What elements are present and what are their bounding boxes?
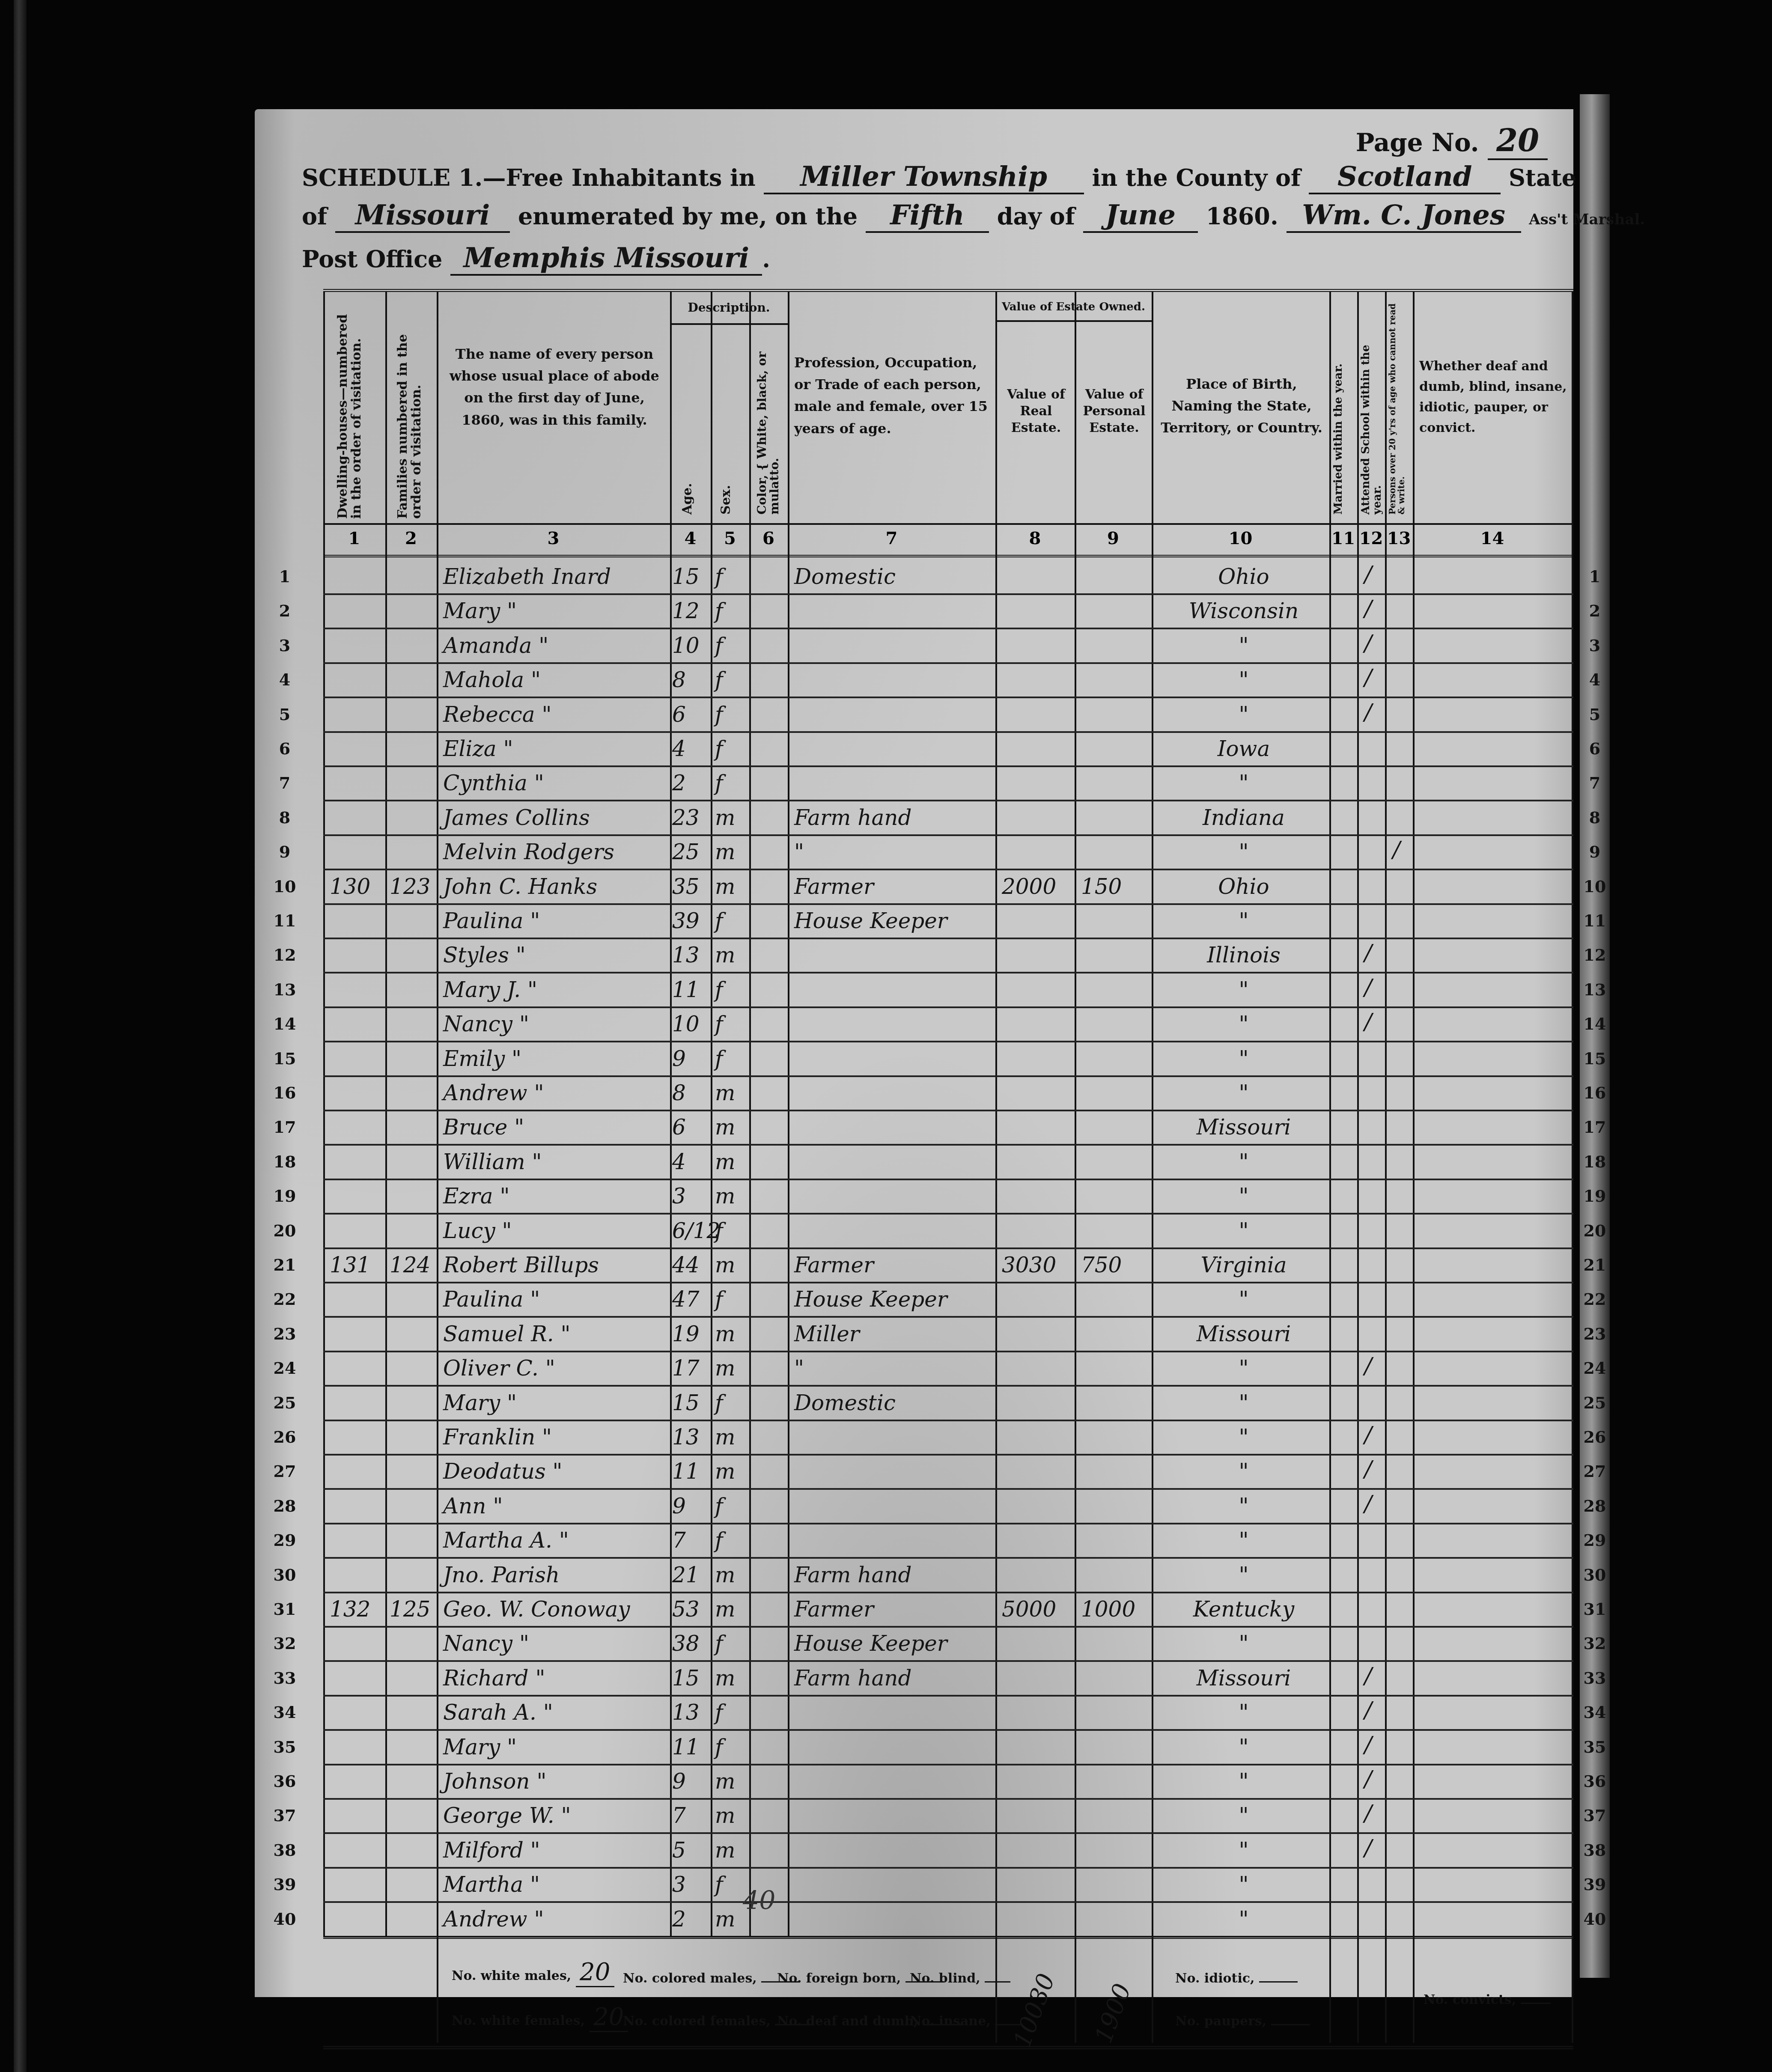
line-number: 17 (272, 1117, 298, 1137)
line-number: 29 (1582, 1530, 1608, 1550)
cell-name: Paulina " (443, 908, 670, 933)
cell-sex: f (715, 1700, 749, 1725)
cell-birth: " (1158, 1494, 1329, 1518)
school-mark: / (1364, 1801, 1372, 1826)
insane: No. insane, (910, 2014, 1021, 2029)
line-number: 9 (1582, 842, 1608, 861)
line-number: 37 (1582, 1806, 1608, 1825)
cell-age: 39 (672, 908, 711, 933)
cell-occupation: Farm hand (794, 1563, 995, 1587)
header-sex: Sex. (719, 455, 733, 515)
line-number: 20 (272, 1221, 298, 1240)
line-number: 3 (1582, 636, 1608, 655)
cell-birth: " (1158, 1769, 1329, 1794)
cell-birth: Kentucky (1158, 1597, 1329, 1622)
schedule-line: SCHEDULE 1.—Free Inhabitants in Miller T… (302, 161, 1576, 194)
school-mark: / (1364, 1766, 1372, 1792)
cell-name: George W. " (443, 1803, 670, 1828)
line-number: 8 (1582, 808, 1608, 827)
line-number: 9 (272, 842, 298, 861)
cell-age: 6 (672, 702, 711, 727)
enumeration-line: of Missouri enumerated by me, on the Fif… (302, 199, 1645, 233)
page-number: Page No. 20 (1356, 122, 1548, 160)
table-row: 2121131124Robert Billups44mFarmer3030750… (323, 1247, 1573, 1283)
line-number: 12 (1582, 945, 1608, 965)
line-number: 27 (1582, 1462, 1608, 1481)
line-number: 11 (1582, 911, 1608, 930)
table-row: 3030Jno. Parish21mFarm hand" (323, 1557, 1573, 1593)
page-number-value: 20 (1488, 122, 1548, 160)
idiotic: No. idiotic, (1175, 1971, 1298, 1986)
cell-sex: m (715, 1459, 749, 1484)
line-number: 18 (1582, 1152, 1608, 1171)
cell-birth: " (1158, 1528, 1329, 1553)
table-row: 1111Paulina "39fHouse Keeper" (323, 903, 1573, 939)
line-number: 13 (1582, 980, 1608, 999)
line-number: 18 (272, 1152, 298, 1171)
line-number: 23 (272, 1324, 298, 1343)
cell-sex: f (715, 1012, 749, 1036)
cell-birth: " (1158, 633, 1329, 658)
line-number: 1 (272, 567, 298, 586)
cell-real: 3030 (1002, 1253, 1075, 1277)
cell-occupation: Miller (794, 1322, 995, 1346)
header-occupation: Profession, Occupation, or Trade of each… (794, 352, 991, 440)
line-number: 30 (1582, 1565, 1608, 1584)
line-number: 35 (1582, 1737, 1608, 1756)
line-number: 35 (272, 1737, 298, 1756)
line-number: 29 (272, 1530, 298, 1550)
cell-age: 4 (672, 736, 711, 761)
cell-sex: f (715, 1046, 749, 1071)
cell-name: Franklin " (443, 1425, 670, 1450)
cell-sex: f (715, 633, 749, 658)
cell-name: Mary " (443, 1390, 670, 1415)
total-personal-estate: 1900 (1090, 1980, 1137, 2047)
cell-age: 5 (672, 1838, 711, 1863)
line-number: 20 (1582, 1221, 1608, 1240)
cell-birth: Iowa (1158, 736, 1329, 761)
school-mark: / (1364, 700, 1372, 725)
cell-sex: f (715, 1528, 749, 1553)
cell-sex: f (715, 908, 749, 933)
line-number: 24 (272, 1358, 298, 1378)
cell-sex: m (715, 1563, 749, 1587)
cell-name: Melvin Rodgers (443, 840, 670, 864)
cell-sex: f (715, 1494, 749, 1518)
table-row: 2020Lucy "6/12f" (323, 1213, 1573, 1249)
cell-family: 124 (390, 1253, 437, 1277)
cell-birth: " (1158, 1700, 1329, 1725)
paupers: No. paupers, (1175, 2014, 1310, 2029)
census-table: Dwelling-houses—numbered in the order of… (323, 289, 1573, 1923)
cell-sex: f (715, 1631, 749, 1656)
county-field: Scotland (1309, 161, 1501, 194)
marshal-field: Wm. C. Jones (1287, 199, 1521, 233)
cell-age: 6/12 (672, 1218, 711, 1243)
table-row: 1919Ezra "3m" (323, 1179, 1573, 1215)
school-mark: / (1364, 1835, 1372, 1861)
cell-occupation: Farmer (794, 1597, 995, 1622)
line-number: 26 (272, 1427, 298, 1447)
school-mark: / (1364, 1732, 1372, 1758)
line-number: 13 (272, 980, 298, 999)
cell-age: 8 (672, 667, 711, 692)
cell-name: Lucy " (443, 1218, 670, 1243)
cell-occupation: House Keeper (794, 1287, 995, 1312)
line-number: 22 (272, 1289, 298, 1309)
header-condition: Whether deaf and dumb, blind, insane, id… (1419, 356, 1567, 438)
cell-name: Styles " (443, 943, 670, 968)
cell-name: Ezra " (443, 1184, 670, 1209)
line-number: 40 (272, 1909, 298, 1929)
line-number: 26 (1582, 1427, 1608, 1447)
line-number: 7 (272, 773, 298, 792)
cell-dwelling: 132 (330, 1597, 383, 1622)
table-row: 1717Bruce "6mMissouri (323, 1110, 1573, 1146)
table-row: 1515Emily "9f" (323, 1041, 1573, 1077)
cell-sex: m (715, 805, 749, 830)
table-row: 2525Mary "15fDomestic" (323, 1385, 1573, 1421)
cell-birth: " (1158, 977, 1329, 1002)
cell-name: Elizabeth Inard (443, 564, 670, 589)
cell-birth: " (1158, 1184, 1329, 1209)
cell-birth: " (1158, 1907, 1329, 1932)
header-birthplace: Place of Birth, Naming the State, Territ… (1158, 373, 1325, 439)
cell-birth: Virginia (1158, 1253, 1329, 1277)
header-real-estate: Value of Real Estate. (1000, 386, 1072, 436)
cell-name: Samuel R. " (443, 1322, 670, 1346)
line-number: 4 (1582, 670, 1608, 689)
table-row: 33Amanda "10f"/ (323, 628, 1573, 664)
state-field: Missouri (335, 199, 510, 233)
cell-name: Nancy " (443, 1631, 670, 1656)
white-females: No. white females, 20 (452, 2003, 628, 2032)
line-number: 4 (272, 670, 298, 689)
table-row: 3838Milford "5m"/ (323, 1833, 1573, 1869)
total-real-estate: 10030 (1008, 1970, 1060, 2051)
cell-age: 38 (672, 1631, 711, 1656)
line-number: 23 (1582, 1324, 1608, 1343)
cell-age: 4 (672, 1149, 711, 1174)
cell-birth: " (1158, 1838, 1329, 1863)
cell-age: 47 (672, 1287, 711, 1312)
line-number: 37 (272, 1806, 298, 1825)
table-row: 99Melvin Rodgers25m""/ (323, 834, 1573, 870)
cell-birth: " (1158, 1149, 1329, 1174)
cell-family: 123 (390, 874, 437, 899)
cell-age: 11 (672, 1459, 711, 1484)
table-row: 3535Mary "11f"/ (323, 1730, 1573, 1765)
cell-age: 6 (672, 1115, 711, 1140)
header-married: Married within the year. (1333, 301, 1356, 515)
line-number: 24 (1582, 1358, 1608, 1378)
cell-birth: Ohio (1158, 564, 1329, 589)
school-mark: / (1364, 1422, 1372, 1448)
cell-name: Mary J. " (443, 977, 670, 1002)
cell-age: 9 (672, 1046, 711, 1071)
cell-birth: Missouri (1158, 1115, 1329, 1140)
cell-sex: m (715, 1769, 749, 1794)
cell-name: Nancy " (443, 1012, 670, 1036)
cell-birth: " (1158, 1046, 1329, 1071)
header-dwelling: Dwelling-houses—numbered in the order of… (336, 305, 379, 519)
cell-name: Mary " (443, 598, 670, 623)
cell-name: Emily " (443, 1046, 670, 1071)
line-number: 19 (1582, 1186, 1608, 1206)
line-number: 25 (272, 1393, 298, 1412)
cell-personal: 150 (1081, 874, 1152, 899)
table-row: 1010130123John C. Hanks35mFarmer2000150O… (323, 869, 1573, 905)
cell-birth: " (1158, 840, 1329, 864)
cell-birth: Wisconsin (1158, 598, 1329, 623)
table-row: 1313Mary J. "11f"/ (323, 972, 1573, 1008)
cell-sex: f (715, 1735, 749, 1759)
cell-name: Martha " (443, 1872, 670, 1897)
cell-age: 8 (672, 1081, 711, 1105)
cell-birth: " (1158, 702, 1329, 727)
cell-age: 13 (672, 1425, 711, 1450)
cell-occupation: Farmer (794, 874, 995, 899)
table-row: 2222Paulina "47fHouse Keeper" (323, 1282, 1573, 1318)
line-number: 21 (272, 1255, 298, 1274)
cell-sex: f (715, 667, 749, 692)
line-number: 19 (272, 1186, 298, 1206)
table-row: 66Eliza "4fIowa (323, 731, 1573, 767)
cell-name: Cynthia " (443, 771, 670, 795)
line-number: 34 (1582, 1703, 1608, 1722)
table-row: 3434Sarah A. "13f"/ (323, 1695, 1573, 1731)
school-mark: / (1364, 1009, 1372, 1035)
header-name: The name of every person whose usual pla… (447, 343, 661, 431)
header-description: Description. (670, 301, 788, 325)
cell-name: Milford " (443, 1838, 670, 1863)
table-row: 55Rebecca "6f"/ (323, 697, 1573, 733)
line-number: 36 (1582, 1771, 1608, 1791)
school-mark: / (1364, 1663, 1372, 1689)
cell-name: Johnson " (443, 1769, 670, 1794)
summary-section: No. white males, 20 No. white females, 2… (323, 1936, 1573, 2049)
table-row: 1212Styles "13mIllinois/ (323, 938, 1573, 973)
colored-males: No. colored males, (623, 1971, 800, 1986)
cell-birth: " (1158, 1563, 1329, 1587)
header-color: Color, { White, black, or mulatto. (756, 330, 781, 515)
line-number: 11 (272, 911, 298, 930)
cell-name: Oliver C. " (443, 1356, 670, 1381)
school-mark: / (1364, 562, 1372, 587)
cell-sex: m (715, 1322, 749, 1346)
header-illiterate: Persons over 20 y'rs of age who cannot r… (1388, 296, 1412, 515)
line-number: 30 (272, 1565, 298, 1584)
cell-sex: m (715, 1597, 749, 1622)
line-number: 1 (1582, 567, 1608, 586)
convicts: No. convicts, (1424, 1992, 1551, 2007)
cell-name: Paulina " (443, 1287, 670, 1312)
cell-sex: m (715, 1081, 749, 1105)
header-school: Attended School within the year. (1360, 318, 1384, 515)
cell-sex: m (715, 874, 749, 899)
line-number: 10 (272, 877, 298, 896)
cell-occupation: Domestic (794, 1390, 995, 1415)
header-estate: Value of Estate Owned. (995, 301, 1152, 322)
line-number: 6 (272, 739, 298, 758)
post-office-line: Post Office Memphis Missouri. (302, 242, 770, 276)
cell-birth: " (1158, 1390, 1329, 1415)
cell-age: 12 (672, 598, 711, 623)
cell-age: 13 (672, 943, 711, 968)
cell-birth: Ohio (1158, 874, 1329, 899)
line-number: 14 (272, 1014, 298, 1033)
township-field: Miller Township (764, 161, 1084, 194)
cell-birth: " (1158, 1631, 1329, 1656)
cell-age: 3 (672, 1184, 711, 1209)
cell-sex: f (715, 702, 749, 727)
cell-occupation: Domestic (794, 564, 995, 589)
school-mark: / (1364, 1697, 1372, 1723)
day-field: Fifth (866, 199, 989, 233)
cell-occupation: House Keeper (794, 908, 995, 933)
illiterate-mark: / (1393, 837, 1400, 863)
line-number: 5 (272, 705, 298, 724)
line-number: 8 (272, 808, 298, 827)
cell-name: Amanda " (443, 633, 670, 658)
cell-age: 25 (672, 840, 711, 864)
cell-age: 23 (672, 805, 711, 830)
line-number: 15 (272, 1049, 298, 1068)
line-number: 5 (1582, 705, 1608, 724)
cell-birth: " (1158, 1459, 1329, 1484)
cell-name: Robert Billups (443, 1253, 670, 1277)
line-number: 3 (272, 636, 298, 655)
cell-sex: f (715, 736, 749, 761)
cell-sex: f (715, 977, 749, 1002)
cell-age: 17 (672, 1356, 711, 1381)
cell-sex: m (715, 1838, 749, 1863)
cell-name: John C. Hanks (443, 874, 670, 899)
cell-birth: " (1158, 1872, 1329, 1897)
cell-name: James Collins (443, 805, 670, 830)
cell-birth: Missouri (1158, 1322, 1329, 1346)
line-number: 33 (272, 1668, 298, 1688)
cell-age: 3 (672, 1872, 711, 1897)
cell-sex: m (715, 1184, 749, 1209)
line-number: 25 (1582, 1393, 1608, 1412)
cell-age: 11 (672, 1735, 711, 1759)
cell-sex: f (715, 1287, 749, 1312)
cell-sex: m (715, 1803, 749, 1828)
cell-sex: m (715, 1356, 749, 1381)
cell-name: Mary " (443, 1735, 670, 1759)
table-row: 4040Andrew "2m" (323, 1902, 1573, 1938)
line-number: 10 (1582, 877, 1608, 896)
cell-name: Eliza " (443, 736, 670, 761)
line-number: 28 (1582, 1496, 1608, 1515)
cell-birth: " (1158, 1218, 1329, 1243)
cell-birth: Illinois (1158, 943, 1329, 968)
cell-family: 125 (390, 1597, 437, 1622)
cell-name: Deodatus " (443, 1459, 670, 1484)
cell-age: 35 (672, 874, 711, 899)
cell-age: 7 (672, 1528, 711, 1553)
cell-name: Rebecca " (443, 702, 670, 727)
line-number: 27 (272, 1462, 298, 1481)
table-row: 2727Deodatus "11m"/ (323, 1454, 1573, 1490)
cell-birth: Missouri (1158, 1666, 1329, 1691)
cell-birth: " (1158, 1081, 1329, 1105)
line-number: 38 (1582, 1840, 1608, 1860)
cell-age: 15 (672, 564, 711, 589)
cell-real: 5000 (1002, 1597, 1075, 1622)
cell-birth: " (1158, 1425, 1329, 1450)
cell-name: Andrew " (443, 1081, 670, 1105)
cell-occupation: Farmer (794, 1253, 995, 1277)
school-mark: / (1364, 596, 1372, 622)
school-mark: / (1364, 665, 1372, 691)
line-number: 33 (1582, 1668, 1608, 1688)
school-mark: / (1364, 1491, 1372, 1517)
cell-age: 15 (672, 1390, 711, 1415)
cell-age: 21 (672, 1563, 711, 1587)
cell-name: Jno. Parish (443, 1563, 670, 1587)
line-number: 28 (272, 1496, 298, 1515)
table-row: 2828Ann "9f"/ (323, 1489, 1573, 1524)
cell-age: 9 (672, 1494, 711, 1518)
blind: No. blind, (910, 1971, 1010, 1986)
white-males: No. white males, 20 (452, 1958, 614, 1987)
header-age: Age. (681, 455, 694, 515)
post-office-field: Memphis Missouri (450, 242, 762, 276)
cell-name: William " (443, 1149, 670, 1174)
school-mark: / (1364, 631, 1372, 656)
cell-age: 2 (672, 1907, 711, 1932)
line-number: 2 (1582, 601, 1608, 620)
cell-name: Richard " (443, 1666, 670, 1691)
table-row: 1818William "4m" (323, 1144, 1573, 1180)
line-number: 7 (1582, 773, 1608, 792)
cell-sex: m (715, 1115, 749, 1140)
cell-occupation: House Keeper (794, 1631, 995, 1656)
line-number: 6 (1582, 739, 1608, 758)
school-mark: / (1364, 1456, 1372, 1482)
table-row: 2626Franklin "13m"/ (323, 1420, 1573, 1456)
cell-real: 2000 (1002, 874, 1075, 899)
cell-age: 7 (672, 1803, 711, 1828)
line-number: 32 (272, 1634, 298, 1653)
cell-sex: f (715, 598, 749, 623)
line-number: 40 (1582, 1909, 1608, 1929)
table-row: 2323Samuel R. "19mMillerMissouri (323, 1316, 1573, 1352)
table-row: 22Mary "12fWisconsin/ (323, 593, 1573, 629)
cell-sex: m (715, 1666, 749, 1691)
scan-edge-left (14, 0, 27, 2072)
cell-name: Andrew " (443, 1907, 670, 1932)
cell-age: 2 (672, 771, 711, 795)
line-number: 36 (272, 1771, 298, 1791)
table-row: 1616Andrew "8m" (323, 1075, 1573, 1111)
line-number: 22 (1582, 1289, 1608, 1309)
cell-age: 19 (672, 1322, 711, 1346)
cell-birth: " (1158, 1803, 1329, 1828)
line-number: 16 (1582, 1083, 1608, 1102)
line-number: 39 (272, 1875, 298, 1894)
cell-sex: m (715, 1149, 749, 1174)
cell-personal: 750 (1081, 1253, 1152, 1277)
cell-name: Mahola " (443, 667, 670, 692)
cell-sex: f (715, 564, 749, 589)
cell-name: Martha A. " (443, 1528, 670, 1553)
cell-birth: " (1158, 1012, 1329, 1036)
cell-sex: m (715, 1425, 749, 1450)
